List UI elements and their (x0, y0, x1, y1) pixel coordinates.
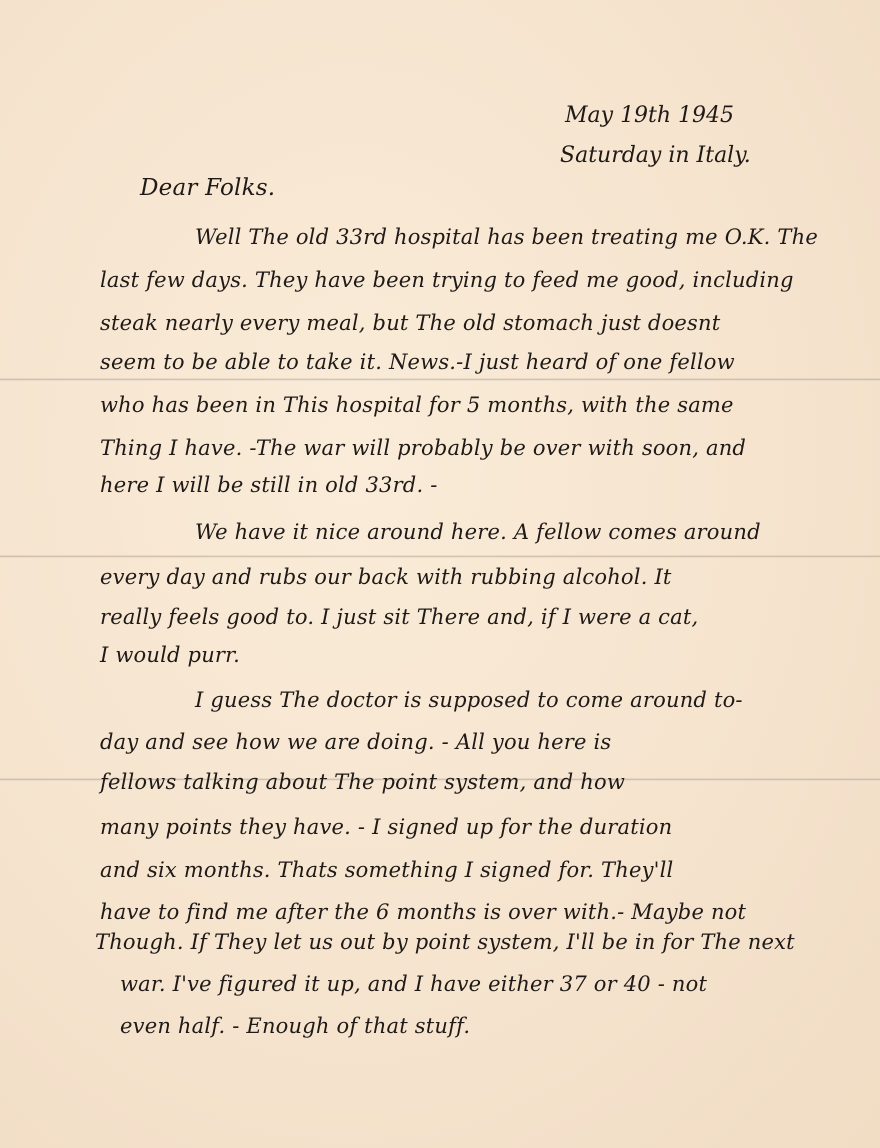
letter-date: May 19th 1945 (565, 103, 734, 128)
letter-line: here I will be still in old 33rd. - (100, 473, 438, 497)
letter-line: every day and rubs our back with rubbing… (100, 565, 672, 589)
letter-line: Thing I have. -The war will probably be … (100, 436, 746, 460)
letter-line: fellows talking about The point system, … (100, 770, 625, 794)
letter-line: even half. - Enough of that stuff. (120, 1014, 470, 1038)
letter-place: Saturday in Italy. (560, 143, 751, 168)
letter-line: have to find me after the 6 months is ov… (100, 900, 746, 924)
fold-crease (0, 378, 880, 381)
salutation: Dear Folks. (140, 175, 275, 201)
letter-line: many points they have. - I signed up for… (100, 815, 672, 839)
letter-line: steak nearly every meal, but The old sto… (100, 311, 720, 335)
letter-line: war. I've figured it up, and I have eith… (120, 972, 707, 996)
letter-page: May 19th 1945 Saturday in Italy. Dear Fo… (0, 0, 880, 1148)
letter-line: Though. If They let us out by point syst… (95, 930, 795, 954)
letter-line: day and see how we are doing. - All you … (100, 730, 611, 754)
letter-line: I would purr. (100, 643, 240, 667)
fold-crease (0, 555, 880, 558)
letter-line: really feels good to. I just sit There a… (100, 605, 698, 629)
letter-line: who has been in This hospital for 5 mont… (100, 393, 734, 417)
letter-line: I guess The doctor is supposed to come a… (195, 688, 743, 712)
letter-line: We have it nice around here. A fellow co… (195, 520, 761, 544)
letter-line: Well The old 33rd hospital has been trea… (195, 225, 818, 249)
letter-line: last few days. They have been trying to … (100, 268, 794, 292)
letter-line: seem to be able to take it. News.-I just… (100, 350, 735, 374)
letter-line: and six months. Thats something I signed… (100, 858, 673, 882)
